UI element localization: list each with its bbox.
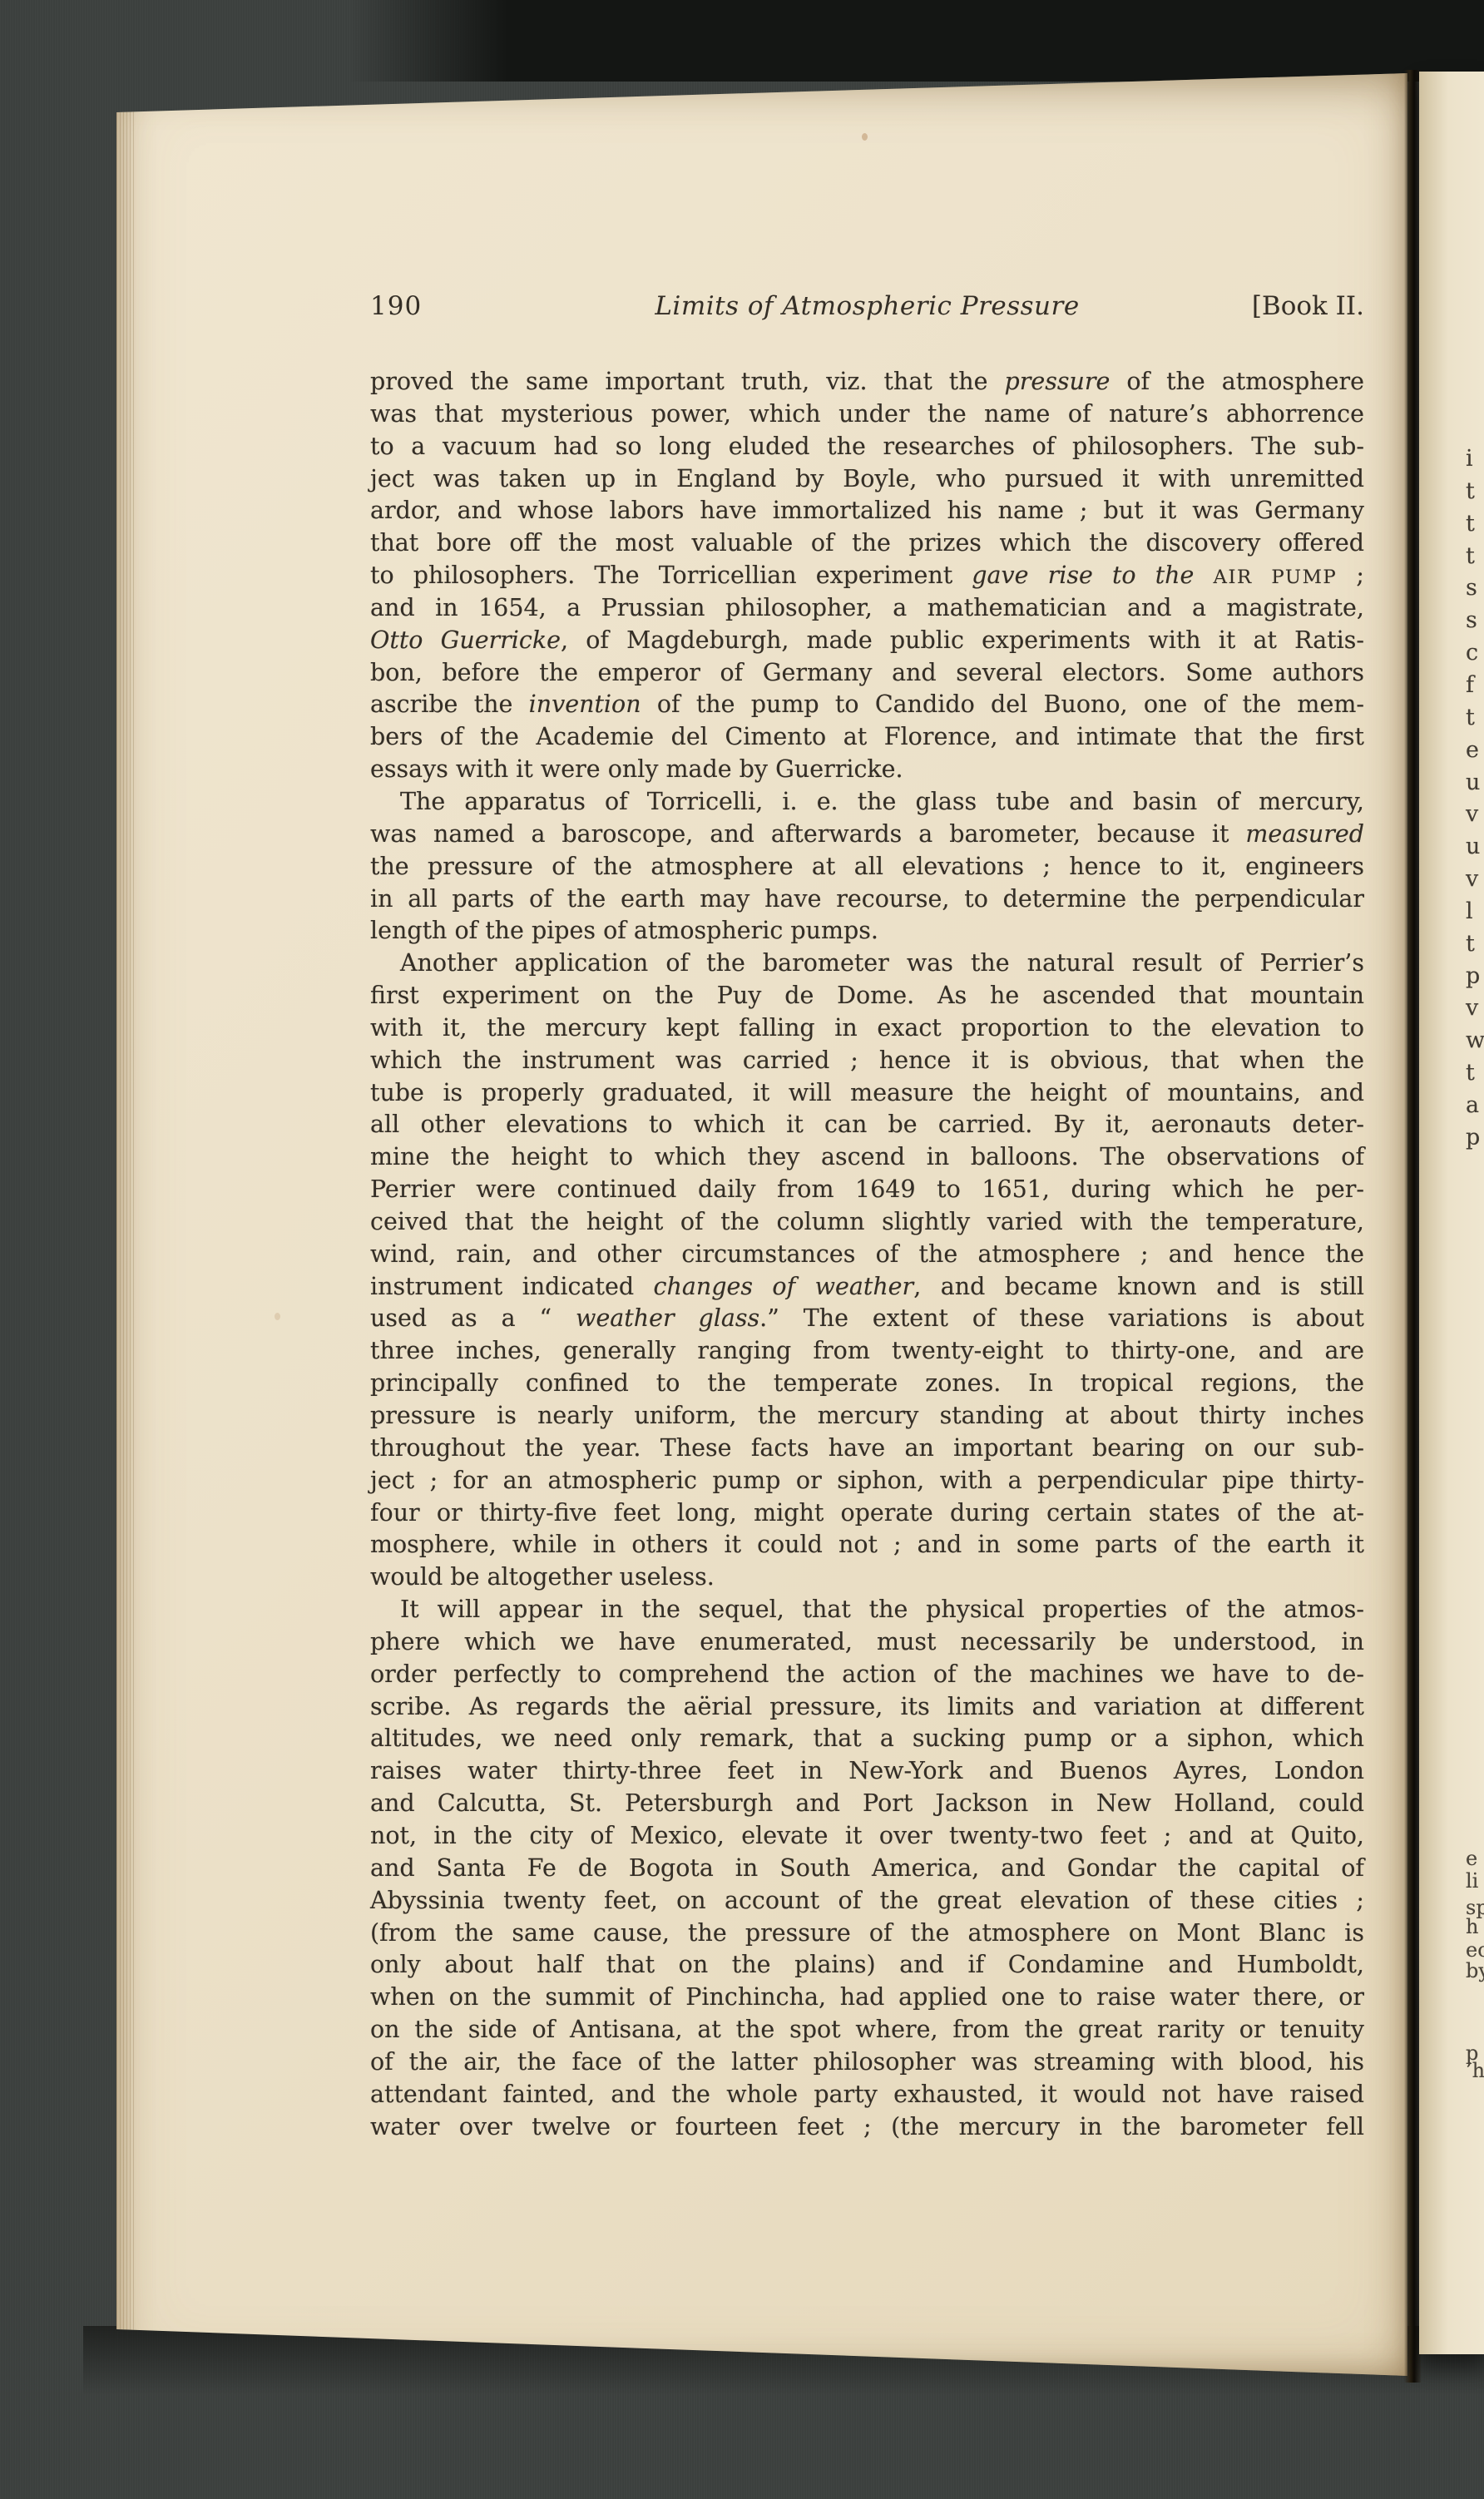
text-line: principally confined to the temperate zo…: [370, 1368, 1364, 1400]
facing-page-text-fragment: v: [1466, 997, 1478, 1019]
text-line: mosphere, while in others it could not ;…: [370, 1529, 1364, 1561]
text-line: not, in the city of Mexico, elevate it o…: [370, 1820, 1364, 1853]
page-number: 190: [370, 291, 422, 321]
text-line: The apparatus of Torricelli, i. e. the g…: [370, 786, 1364, 819]
text-line: throughout the year. These facts have an…: [370, 1433, 1364, 1465]
text-line: phere which we have enumerated, must nec…: [370, 1626, 1364, 1659]
book-gutter: [1404, 70, 1421, 2383]
facing-page-text-fragment: by: [1466, 1961, 1484, 1981]
facing-page-text-fragment: l: [1466, 900, 1473, 923]
text-line: with it, the mercury kept falling in exa…: [370, 1012, 1364, 1045]
facing-page-text-fragment: p: [1466, 965, 1480, 987]
paper-speck: [862, 133, 868, 141]
book-top-shadow: [349, 0, 1484, 82]
facing-page-text-fragment: h: [1466, 1917, 1478, 1937]
text-line: to a vacuum had so long eluded the resea…: [370, 431, 1364, 463]
facing-page-text-fragment: w: [1466, 1029, 1484, 1052]
text-line: first experiment on the Puy de Dome. As …: [370, 980, 1364, 1012]
facing-page-text-fragment: v: [1466, 803, 1478, 825]
facing-page-text-fragment: s: [1466, 609, 1477, 631]
facing-page-text-fragment: f: [1466, 674, 1474, 696]
text-line: and Santa Fe de Bogota in South America,…: [370, 1853, 1364, 1885]
facing-page-text-fragment: t: [1466, 706, 1475, 729]
text-line: Otto Guerricke, of Magdeburgh, made publ…: [370, 625, 1364, 657]
paragraph: It will appear in the sequel, that the p…: [370, 1594, 1364, 2143]
facing-page-text-fragment: e: [1466, 1848, 1477, 1868]
text-line: order perfectly to comprehend the action…: [370, 1659, 1364, 1691]
text-line: three inches, generally ranging from twe…: [370, 1335, 1364, 1368]
facing-page-text-fragment: u: [1466, 771, 1480, 794]
text-line: ceived that the height of the column sli…: [370, 1206, 1364, 1239]
text-line: bers of the Academie del Cimento at Flor…: [370, 721, 1364, 754]
right-page-edge: itttsscfteuvuvltpvwtapelisphecbyp’h: [1419, 72, 1484, 2354]
text-line: in all parts of the earth may have recou…: [370, 883, 1364, 916]
text-line: ardor, and whose labors have immortalize…: [370, 495, 1364, 527]
paragraph: The apparatus of Torricelli, i. e. the g…: [370, 786, 1364, 948]
text-line: on the side of Antisana, at the spot whe…: [370, 2014, 1364, 2046]
text-line: would be altogether useless.: [370, 1561, 1364, 1594]
text-line: Another application of the barometer was…: [370, 948, 1364, 980]
text-line: ject was taken up in England by Boyle, w…: [370, 463, 1364, 496]
paper-speck: [275, 1313, 280, 1320]
text-line: attendant fainted, and the whole party e…: [370, 2079, 1364, 2111]
facing-page-text-fragment: li: [1466, 1871, 1478, 1891]
text-line: proved the same important truth, viz. th…: [370, 366, 1364, 398]
page-edge-stack: [116, 106, 136, 2376]
facing-page-text-fragment: p: [1466, 1126, 1480, 1149]
facing-page-text-fragment: ’h: [1466, 2061, 1484, 2081]
book-label: [Book II.: [1252, 291, 1364, 321]
running-title: Limits of Atmospheric Pressure: [655, 291, 1079, 321]
text-line: altitudes, we need only remark, that a s…: [370, 1723, 1364, 1755]
text-line: ascribe the invention of the pump to Can…: [370, 689, 1364, 721]
text-line: pressure is nearly uniform, the mercury …: [370, 1400, 1364, 1433]
facing-page-text-fragment: t: [1466, 480, 1475, 502]
facing-page-text-fragment: i: [1466, 448, 1473, 470]
facing-page-text-fragment: e: [1466, 739, 1479, 761]
text-line: was that mysterious power, which under t…: [370, 398, 1364, 431]
text-line: It will appear in the sequel, that the p…: [370, 1594, 1364, 1626]
text-line: raises water thirty-three feet in New-Yo…: [370, 1755, 1364, 1788]
page-body: proved the same important truth, viz. th…: [370, 366, 1364, 2143]
facing-page-text-fragment: u: [1466, 835, 1480, 858]
text-line: essays with it were only made by Guerric…: [370, 754, 1364, 786]
facing-page-text-fragment: t: [1466, 1061, 1475, 1084]
text-line: water over twelve or fourteen feet ; (th…: [370, 2111, 1364, 2144]
facing-page-text-fragment: t: [1466, 512, 1475, 535]
text-line: and in 1654, a Prussian philosopher, a m…: [370, 592, 1364, 625]
facing-page-text-fragment: a: [1466, 1094, 1479, 1116]
facing-page-text-fragment: t: [1466, 545, 1475, 567]
text-line: was named a baroscope, and afterwards a …: [370, 819, 1364, 851]
paragraph: Another application of the barometer was…: [370, 948, 1364, 1594]
text-line: tube is properly graduated, it will meas…: [370, 1077, 1364, 1110]
text-line: all other elevations to which it can be …: [370, 1109, 1364, 1141]
text-line: the pressure of the atmosphere at all el…: [370, 851, 1364, 883]
text-line: scribe. As regards the aërial pressure, …: [370, 1691, 1364, 1724]
text-line: wind, rain, and other circumstances of t…: [370, 1239, 1364, 1271]
text-line: only about half that on the plains) and …: [370, 1949, 1364, 1982]
facing-page-text-fragment: ec: [1466, 1940, 1484, 1960]
facing-page-text-fragment: t: [1466, 933, 1475, 955]
facing-page-text-fragment: s: [1466, 577, 1477, 599]
text-line: that bore off the most valuable of the p…: [370, 527, 1364, 560]
facing-page-text-fragment: c: [1466, 641, 1478, 664]
text-line: length of the pipes of atmospheric pumps…: [370, 915, 1364, 948]
text-line: Perrier were continued daily from 1649 t…: [370, 1174, 1364, 1206]
text-line: (from the same cause, the pressure of th…: [370, 1918, 1364, 1950]
text-line: Abyssinia twenty feet, on account of the…: [370, 1885, 1364, 1918]
text-line: bon, before the emperor of Germany and s…: [370, 657, 1364, 690]
text-line: which the instrument was carried ; hence…: [370, 1045, 1364, 1077]
paragraph: proved the same important truth, viz. th…: [370, 366, 1364, 786]
page-header: 190 Limits of Atmospheric Pressure [Book…: [370, 291, 1364, 329]
facing-page-text-fragment: v: [1466, 868, 1478, 890]
text-line: to philosophers. The Torricellian experi…: [370, 560, 1364, 592]
text-line: ject ; for an atmospheric pump or siphon…: [370, 1465, 1364, 1497]
text-line: instrument indicated changes of weather,…: [370, 1271, 1364, 1304]
text-line: when on the summit of Pinchincha, had ap…: [370, 1982, 1364, 2014]
text-line: used as a “ weather glass.” The extent o…: [370, 1303, 1364, 1335]
text-line: of the air, the face of the latter philo…: [370, 2046, 1364, 2079]
left-page: 190 Limits of Atmospheric Pressure [Book…: [116, 73, 1407, 2376]
scanned-book-photo: { "page": { "number": "190", "running_ti…: [0, 0, 1484, 2499]
text-line: four or thirty-five feet long, might ope…: [370, 1497, 1364, 1530]
text-line: mine the height to which they ascend in …: [370, 1141, 1364, 1174]
text-line: and Calcutta, St. Petersburgh and Port J…: [370, 1788, 1364, 1820]
